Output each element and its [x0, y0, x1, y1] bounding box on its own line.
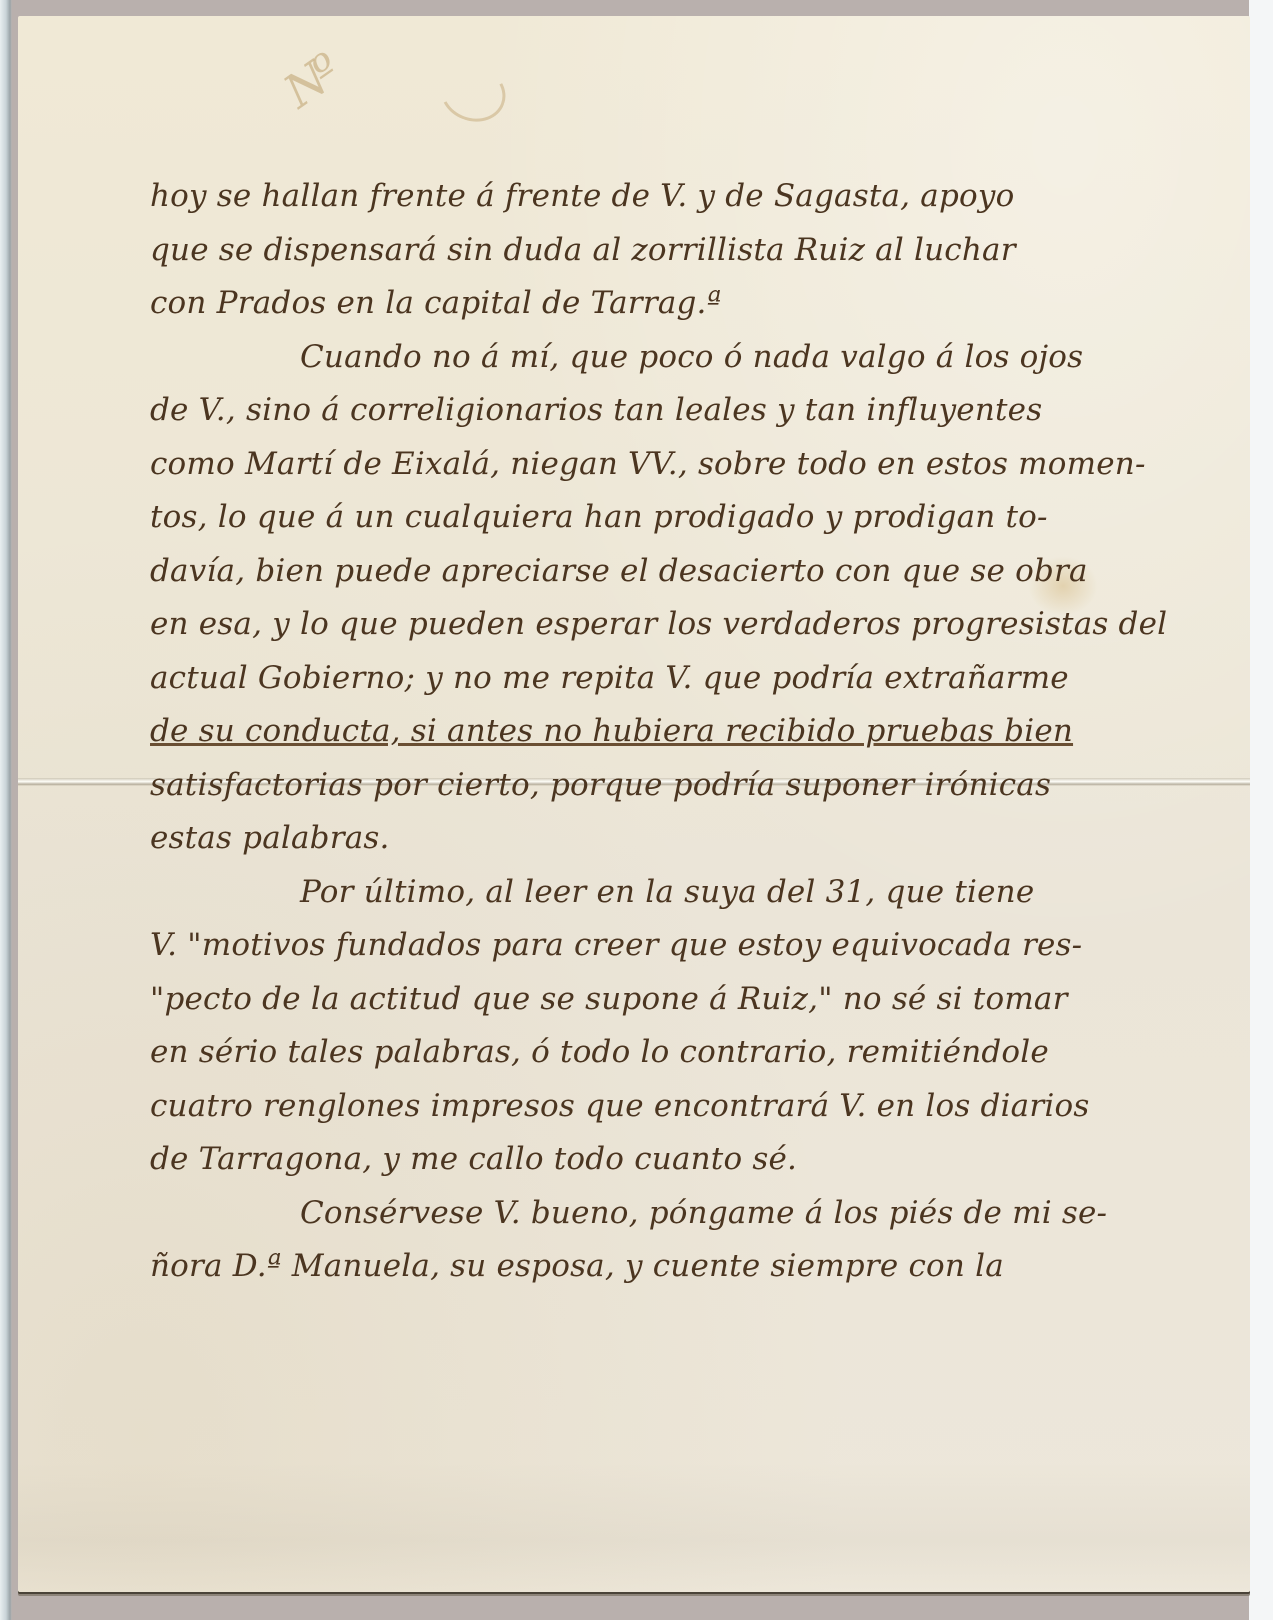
letter-line-21: ñora D.ª Manuela, su esposa, y cuente si… [150, 1240, 1200, 1294]
letter-line-13: estas palabras. [150, 812, 1200, 866]
letter-line-17: en sério tales palabras, ó todo lo contr… [150, 1026, 1200, 1080]
letter-line-6: como Martí de Eixalá, niegan VV., sobre … [150, 438, 1200, 492]
letter-line-12: satisfactorias por cierto, porque podría… [150, 759, 1200, 813]
letter-line-9: en esa, y lo que pueden esperar los verd… [150, 598, 1200, 652]
letter-line-5: de V., sino á correligionarios tan leale… [150, 384, 1200, 438]
letter-line-14: Por último, al leer en la suya del 31, q… [150, 866, 1200, 920]
letter-line-18: cuatro renglones impresos que encontrará… [150, 1080, 1200, 1134]
letter-line-15: V. "motivos fundados para creer que esto… [150, 919, 1200, 973]
letter-line-19: de Tarragona, y me callo todo cuanto sé. [150, 1133, 1200, 1187]
letter-line-7: tos, lo que á un cualquiera han prodigad… [150, 491, 1200, 545]
letter-line-4: Cuando no á mí, que poco ó nada valgo á … [150, 331, 1200, 385]
scan-edge-right [1249, 0, 1273, 1620]
letter-line-2: que se dispensará sin duda al zorrillist… [150, 224, 1200, 278]
letter-line-1: hoy se hallan frente á frente de V. y de… [150, 170, 1200, 224]
letter-line-20: Consérvese V. bueno, póngame á los piés … [150, 1187, 1200, 1241]
letter-line-3: con Prados en la capital de Tarrag.ª [150, 277, 1200, 331]
paper-shading [18, 1462, 1250, 1592]
scan-edge-left [0, 0, 12, 1620]
letter-line-16: "pecto de la actitud que se supone á Rui… [150, 973, 1200, 1027]
letter-line-10: actual Gobierno; y no me repita V. que p… [150, 652, 1200, 706]
letter-line-8: davía, bien puede apreciarse el desacier… [150, 545, 1200, 599]
letter-line-11: de su conducta, si antes no hubiera reci… [150, 705, 1200, 759]
letter-body: hoy se hallan frente á frente de V. y de… [150, 170, 1200, 1294]
